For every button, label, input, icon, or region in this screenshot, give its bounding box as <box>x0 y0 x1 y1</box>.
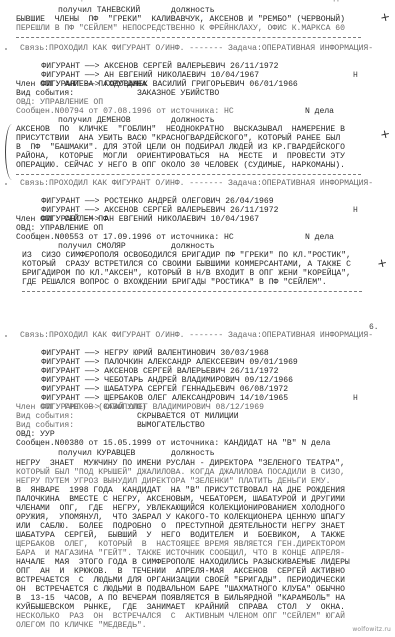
handwritten-plus-mark: + <box>379 9 392 25</box>
record2-text-line-4: ГДЕ РЕШАЛСЯ ВОПРОС О ВХОЖДЕНИИ БРИГАДЫ "… <box>22 278 327 287</box>
record3-text-line-1: НЕГРУ ЗНАЕТ МУЖЧИНУ ПО ИМЕНИ РУСЛАН - ДИ… <box>16 459 345 468</box>
record3-text-line-12: НАЧАЛЕ МАЯ ЭТОГО ГОДА В СИМФЕРОПОЛЕ НАХО… <box>16 558 350 567</box>
record1-ovd: ОВД: УПРАВЛЕНИЕ ОП <box>16 98 103 107</box>
figurant-dob: 10/04/1967 <box>211 215 259 224</box>
site-watermark: wolfowitz.ru <box>352 626 391 633</box>
record3-text-line-19: ОЛЕГОМ ПО КЛИЧКЕ "МЕДВЕДЬ". <box>16 621 147 630</box>
record3-ovd: ОВД: УУР <box>16 430 55 439</box>
record3-event-value-1: СКРЫВАЕТСЯ ОТ МИЛИЦИИ <box>137 412 239 421</box>
record3-text-line-10: ЩЕРБАКОВ ОЛЕГ, КОТОРЫЙ В НАСТОЯЩЕЕ ВРЕМЯ… <box>16 540 345 549</box>
record1-n-mark: Н <box>353 71 358 80</box>
record-separator <box>16 174 361 175</box>
record3-received: получил КУРАВЦЕВ <box>58 449 135 458</box>
record2-text-line-3: БРИГАДИРОМ ПО КЛ."АКСЕН", КОТОРЫЙ В Н/В … <box>22 269 351 278</box>
figurant-dob: 08/12/1969 <box>216 403 264 412</box>
record0-text-line-2: ПЕРЕШЛИ В ПФ "СЕЙЛЕМ" НЕПОСРЕДСТВЕННО К … <box>16 24 345 33</box>
record3-text-line-18: НЕСКОЛЬКО РАЗ ОН ВСТРЕЧАЛСЯ С АКТИВНЫМ Ч… <box>16 612 345 621</box>
record1-text-line-1: АКСЕНОВ ПО КЛИЧКЕ "ГОБЛИН" НЕОДНОКРАТНО … <box>16 125 345 134</box>
record3-text-line-5: ПАЛОЧКИНА ВМЕСТЕ С НЕГРУ, АКСЕНОВЫМ, ЧЕБ… <box>16 495 345 504</box>
record3-text-line-11: БАРА И МАГАЗИНА "ГЕЙТ". ТАКЖЕ ИСТОЧНИК С… <box>16 549 345 558</box>
record3-event-label-1: Вид события: <box>16 412 74 421</box>
record-separator <box>22 291 362 292</box>
record0-text-line-1: БЫВШИЕ ЧЛЕНЫ ПФ "ГРЕКИ" КАЛИВАВЧУК, АКСЕ… <box>16 15 345 24</box>
record3-message: Сообщен.N00380 от 15.05.1999 от источник… <box>16 439 330 448</box>
record3-opg-member: Член ОПГ: ГРЕКОВ (САВОПУЛО) <box>16 403 147 412</box>
record1-case-label: N дела <box>305 107 334 116</box>
handwritten-plus-mark: + <box>379 126 392 142</box>
record2-position-label: должность <box>171 242 215 251</box>
record3-text-line-2: КОТОРЫЙ БЫЛ "ПОД КРЫШЕЙ" ДЖАЛИЛОВА. КОГД… <box>16 468 345 477</box>
record3-text-line-8: ИЛИ САБЛЮ. БОЛЕЕ ПОДРОБНО О ПРЕСТУПНОЙ Д… <box>16 522 345 531</box>
record2-received: получил СМОЛЯР <box>58 242 126 251</box>
record-separator <box>16 37 361 38</box>
scanned-document-page: Сообщен.N00311 от 20.09.1996 от источник… <box>0 0 395 637</box>
record3-text-line-7: ОРУЖИЯ, УПОМЯНУЛ, ЧТО ЗАБРАЛ У КАКОГО-ТО… <box>16 513 345 522</box>
record1-message: Сообщен.N00794 от 07.08.1996 от источник… <box>16 107 234 116</box>
record1-opg-member: Член ОПГ: АЛИЕВА ПАХРУТДИНА <box>16 80 147 89</box>
record1-text-line-3: В ПФ "БАШМАКИ". ДЛЯ ЭТОЙ ЦЕЛИ ОН ПОДБИРА… <box>16 143 345 152</box>
record3-text-line-3: НЕГРУ ПУТЕМ УГРОЗ ВЫНУДИЛ ДИРЕКТОРА "ЗЕЛ… <box>16 477 330 486</box>
record1-received: получил ДЕМЕНОВ <box>58 116 131 125</box>
record1-event-value: ЗАКАЗНОЕ УБИЙСТВО <box>137 89 219 98</box>
record3-text-line-6: ЧЛЕНАМИ ОПГ, ГДЕ НЕГРУ, УВЛЕКАЮЩИЙСЯ КОЛ… <box>16 504 345 513</box>
record1-text-line-4: РАЙОНА, КОТОРЫЕ МОГЛИ ОРИЕНТИРОВАТЬСЯ НА… <box>16 152 345 161</box>
record1-text-line-2: ПРИСУТСТВИИ АНА УБИТЬ ВАСЮ "КРАСНОГВАРДЕ… <box>16 134 340 143</box>
figurant-name: АН ЕВГЕНИЙ НИКОЛАЕВИЧ <box>104 215 206 224</box>
record3-text-line-4: В ЯНВАРЕ 1998 ГОДА КАНДИДАТ НА "В" ПРИСУ… <box>16 486 345 495</box>
record1-text-line-5: ОПЕРАЦИЮ. СЕЙЧАС У НЕГО В ОПГ ОКОЛО 30 Ч… <box>16 161 345 170</box>
record1-event-label: Вид события: <box>16 89 74 98</box>
record2-link-line: Связь:ПРОХОДИЛ КАК ФИГУРАНТ О/ИНФ. -----… <box>20 179 373 188</box>
record3-position-label: должность <box>171 449 215 458</box>
handwritten-plus-mark: + <box>376 255 389 271</box>
record3-link-line: Связь:ПРОХОДИЛ КАК ФИГУРАНТ О/ИНФ. -----… <box>20 331 373 340</box>
record3-text-line-15: ОН ВСТРЕЧАЕТСЯ С ЛЮДЬМИ В ПОДВАЛЬНОМ БАР… <box>16 585 345 594</box>
record1-position-label: должность <box>171 116 215 125</box>
record0-cut-header: Сообщен.N00311 от 20.09.1996 от источник… <box>58 0 353 3</box>
record2-text-line-2: КОТОРЫЙ СРАЗУ ВСТРЕТИЛСЯ СО СВОИМИ БЫВШИ… <box>22 260 351 269</box>
margin-dot <box>5 48 7 50</box>
record2-case-label: N дела <box>305 233 334 242</box>
record2-ovd: ОВД: УПРАВЛЕНИЕ ОП <box>16 224 103 233</box>
record0-received: получил ТАНЕВСКИЙ <box>58 6 140 15</box>
record3-text-line-13: ОПГ АН И КРЮКОВ. В ТЕЧЕНИИ АПРЕЛЯ-МАЯ АК… <box>16 567 345 576</box>
record1-link-line: Связь:ПРОХОДИЛ КАК ФИГУРАНТ О/ИНФ. -----… <box>20 44 373 53</box>
record3-text-line-9: ШАБАТУРА СЕРГЕЙ, БЫВШИЙ У НЕГО ВОДИТЕЛЕМ… <box>16 531 345 540</box>
record3-n-mark: Н <box>353 394 358 403</box>
record3-event-label-2: Вид события: <box>16 421 74 430</box>
margin-dot <box>5 183 7 185</box>
record2-message: Сообщен.N00553 от 17.09.1996 от источник… <box>16 233 234 242</box>
record0-position-label: должность <box>171 6 215 15</box>
record2-opg-member: Член ОПГ: СЕЙЛЕМ ПФ <box>16 215 108 224</box>
handwritten-bracket <box>5 124 14 180</box>
figurant-dob: 06/01/1966 <box>249 80 297 89</box>
record2-text-line-1: ИЗ СИЗО СИМФЕРОПОЛЯ ОСВОБОДИЛСЯ БРИГАДИР… <box>22 251 351 260</box>
margin-dot <box>5 335 7 337</box>
record3-text-line-17: КУЙБЫШЕВСКОМ РЫНКЕ, ГДЕ ЗАНИМАЕТ КРАЙНИЙ… <box>16 603 345 612</box>
record3-text-line-14: ВСТРЕЧАЕТСЯ С ЛЮДЬМИ ДЛЯ ОРГАНИЗАЦИИ СВО… <box>16 576 345 585</box>
record3-text-line-16: В 13-15 ЧАСОВ, А ПО ВЕЧЕРАМ ПОЯВЛЯЕТСЯ В… <box>16 594 345 603</box>
record3-event-value-2: ВЫМОГАТЕЛЬСТВО <box>137 421 205 430</box>
record2-n-mark: Н <box>353 206 358 215</box>
